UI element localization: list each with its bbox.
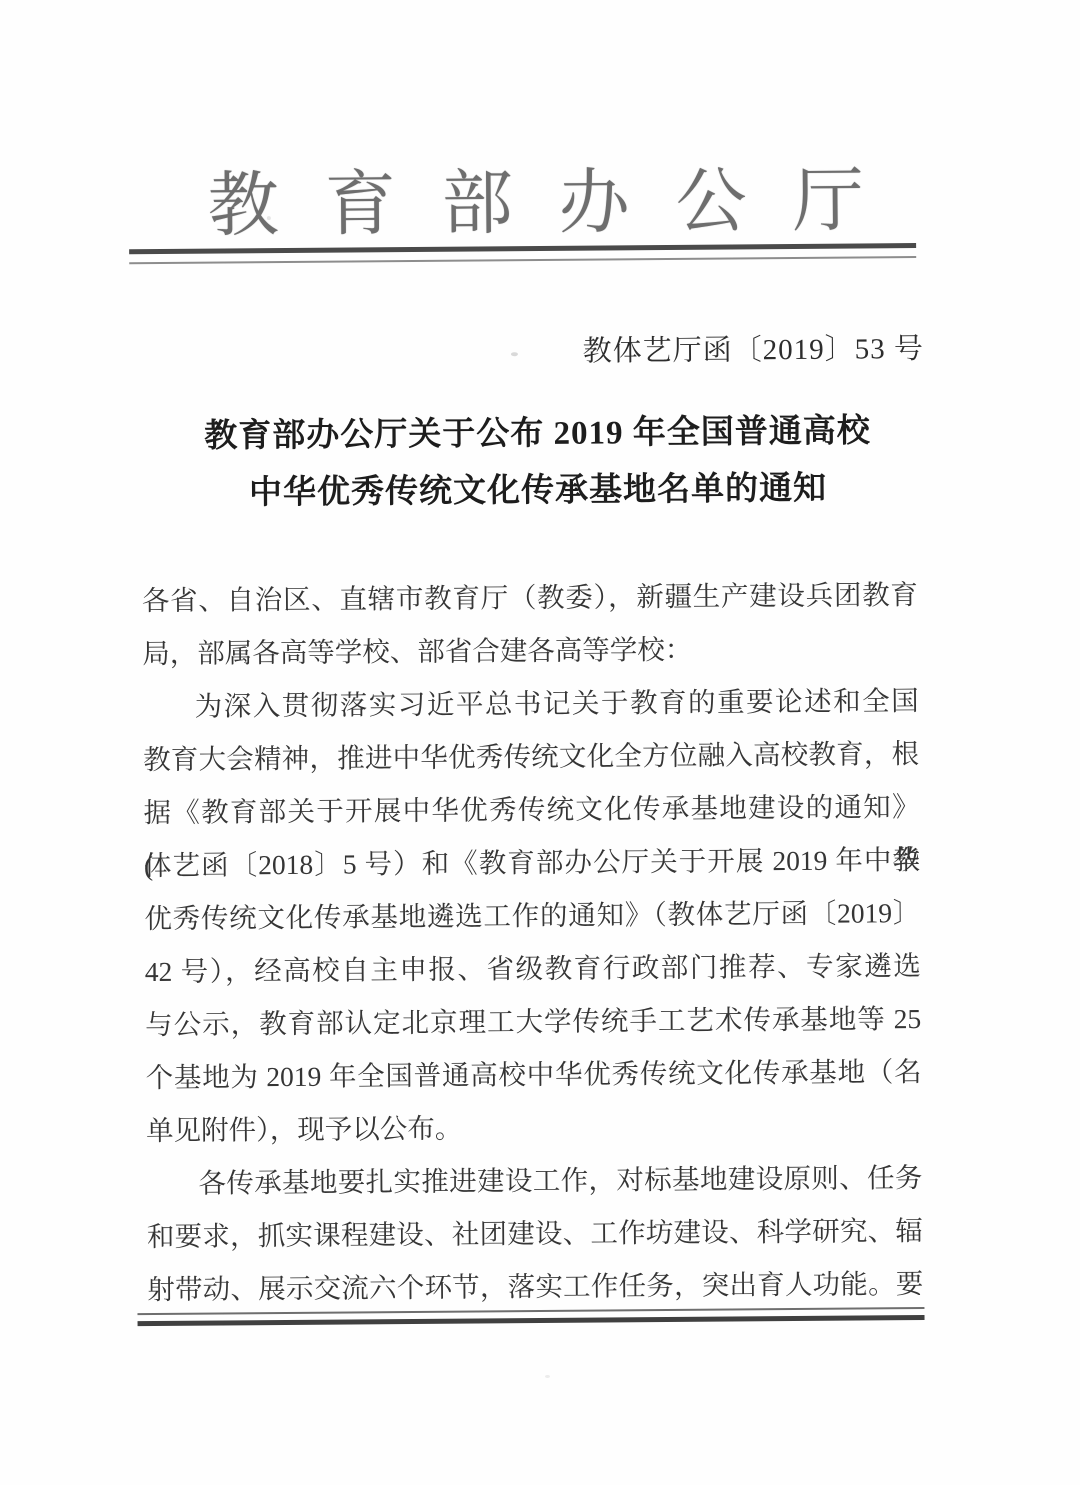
scan-speck [267, 216, 271, 220]
document-title: 教育部办公厅关于公布 2019 年全国普通高校 中华优秀传统文化传承基地名单的通… [0, 402, 1078, 524]
document-number: 教体艺厅函〔2019〕53 号 [582, 326, 924, 370]
document-title-line-2: 中华优秀传统文化传承基地名单的通知 [249, 471, 827, 512]
agency-name: 教育部办公厅 [207, 162, 910, 246]
body-line: 教育大会精神，推进中华优秀传统文化全方位融入高校教育，根 [143, 727, 919, 786]
document-title-line-1: 教育部办公厅关于公布 2019 年全国普通高校 [204, 413, 871, 454]
body-line: 优秀传统文化传承基地遴选工作的通知》（教体艺厅函〔2019〕 [144, 886, 920, 945]
document-page: 教育部办公厅 教体艺厅函〔2019〕53 号 教育部办公厅关于公布 2019 年… [0, 0, 1080, 1485]
scan-speck [511, 352, 518, 356]
footer-rule-thick [138, 1315, 925, 1326]
body-line: 个基地为 2019 年全国普通高校中华优秀传统文化传承基地（名 [145, 1045, 921, 1104]
body-line: 据《教育部关于开展中华优秀传统文化传承基地建设的通知》(教 [143, 780, 919, 839]
body-line: 单见附件），现予以公布。 [146, 1098, 922, 1157]
letterhead-rule-thin [129, 256, 916, 264]
body-line: 为深入贯彻落实习近平总书记关于教育的重要论述和全国 [142, 674, 918, 733]
body-line: 各省、自治区、直辖市教育厅（教委），新疆生产建设兵团教育 [142, 568, 918, 627]
body-line: 局，部属各高等学校、部省合建各高等学校： [142, 621, 918, 680]
body-line: 和要求，抓实课程建设、社团建设、工作坊建设、科学研究、辐 [147, 1204, 923, 1263]
scanned-content: 教育部办公厅 教体艺厅函〔2019〕53 号 教育部办公厅关于公布 2019 年… [0, 0, 1080, 1485]
body-line: 42 号），经高校自主申报、省级教育行政部门推荐、专家遴选 [145, 939, 921, 998]
scan-speck [545, 1375, 550, 1378]
body-line: 各传承基地要扎实推进建设工作，对标基地建设原则、任务 [146, 1151, 922, 1210]
letterhead: 教育部办公厅 [0, 142, 1076, 252]
body-line: 与公示，教育部认定北京理工大学传统手工艺术传承基地等 25 [145, 992, 921, 1051]
body-line: 体艺函〔2018〕5 号）和《教育部办公厅关于开展 2019 年中华 [144, 833, 920, 892]
document-body: 各省、自治区、直辖市教育厅（教委），新疆生产建设兵团教育局，部属各高等学校、部省… [142, 568, 924, 1316]
